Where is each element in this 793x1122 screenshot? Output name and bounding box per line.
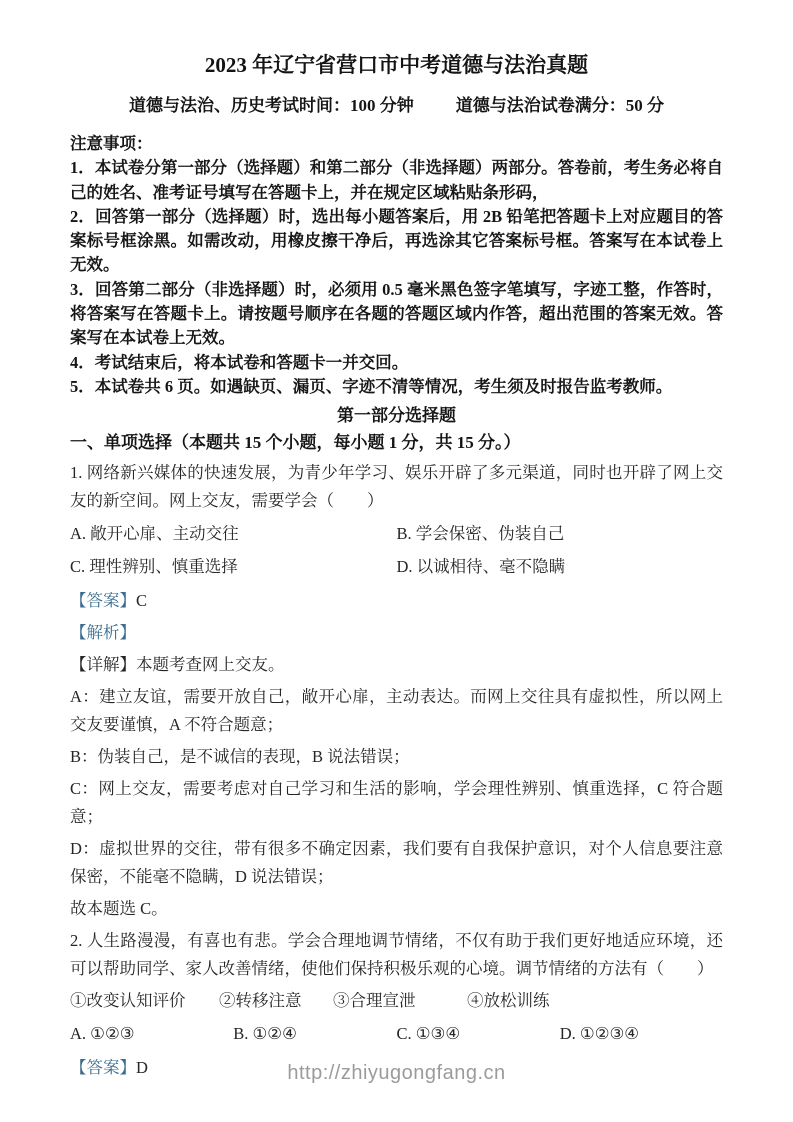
- question-1-detail-line: 【详解】本题考查网上交友。: [70, 651, 723, 679]
- question-1-options-row-cd: C. 理性辨别、慎重选择 D. 以诚相待、毫不隐瞒: [70, 553, 723, 581]
- question-2-methods-row: ①改变认知评价 ②转移注意 ③合理宣泄 ④放松训练: [70, 987, 723, 1015]
- notice-item-1: 1．本试卷分第一部分（选择题）和第二部分（非选择题）两部分。答卷前，考生务必将自…: [70, 156, 723, 205]
- question-1-options-row-ab: A. 敞开心扉、主动交往 B. 学会保密、伪装自己: [70, 520, 723, 548]
- notice-item-4: 4．考试结束后，将本试卷和答题卡一并交回。: [70, 351, 723, 375]
- question-1-analysis-d: D：虚拟世界的交往，带有很多不确定因素，我们要有自我保护意识，对个人信息要注意保…: [70, 835, 723, 891]
- part1-heading: 第一部分选择题: [70, 403, 723, 428]
- question-1-option-b: B. 学会保密、伪装自己: [397, 520, 724, 548]
- question-1-stem: 1. 网络新兴媒体的快速发展，为青少年学习、娱乐开辟了多元渠道，同时也开辟了网上…: [70, 459, 723, 515]
- answer-label: 【答案】: [70, 591, 136, 610]
- question-1-analysis-conclusion: 故本题选 C。: [70, 895, 723, 923]
- question-2-method-2: ②转移注意: [219, 987, 333, 1015]
- question-1-option-d: D. 以诚相待、毫不隐瞒: [397, 553, 724, 581]
- question-2-method-3: ③合理宣泄: [333, 987, 467, 1015]
- question-2-options-row: A. ①②③ B. ①②④ C. ①③④ D. ①②③④: [70, 1020, 723, 1048]
- question-1-analysis-b: B：伪装自己，是不诚信的表现，B 说法错误；: [70, 743, 723, 771]
- question-2-method-1: ①改变认知评价: [70, 987, 219, 1015]
- notice-heading: 注意事项：: [70, 132, 723, 156]
- notice-item-2: 2．回答第一部分（选择题）时，选出每小题答案后，用 2B 铅笔把答题卡上对应题目…: [70, 205, 723, 278]
- question-1-option-c: C. 理性辨别、慎重选择: [70, 553, 397, 581]
- question-1-analysis-c: C：网上交友，需要考虑对自己学习和生活的影响，学会理性辨别、慎重选择，C 符合题…: [70, 775, 723, 831]
- page-title: 2023 年辽宁省营口市中考道德与法治真题: [70, 50, 723, 80]
- watermark-url: http://zhiyugongfang.cn: [0, 1062, 793, 1085]
- question-2-option-c: C. ①③④: [397, 1020, 560, 1048]
- detail-label: 【详解】: [70, 655, 136, 674]
- section1-heading: 一、单项选择（本题共 15 个小题，每小题 1 分，共 15 分。）: [70, 430, 723, 455]
- exam-time-text: 道德与法治、历史考试时间：100 分钟: [129, 96, 414, 115]
- question-2-method-4: ④放松训练: [467, 987, 550, 1015]
- question-1-option-a: A. 敞开心扉、主动交往: [70, 520, 397, 548]
- notice-item-3: 3．回答第二部分（非选择题）时，必须用 0.5 毫米黑色签字笔填写，字迹工整，作…: [70, 278, 723, 351]
- question-1-answer-line: 【答案】C: [70, 587, 723, 615]
- question-1-analysis-a: A：建立友谊，需要开放自己，敞开心扉，主动表达。而网上交往具有虚拟性，所以网上交…: [70, 683, 723, 739]
- question-1-detail-intro: 本题考查网上交友。: [136, 655, 285, 674]
- question-2-stem: 2. 人生路漫漫，有喜也有悲。学会合理地调节情绪，不仅有助于我们更好地适应环境，…: [70, 927, 723, 983]
- question-2-option-d: D. ①②③④: [560, 1020, 723, 1048]
- exam-document-page: 2023 年辽宁省营口市中考道德与法治真题 道德与法治、历史考试时间：100 分…: [0, 0, 793, 1122]
- exam-info-line: 道德与法治、历史考试时间：100 分钟道德与法治试卷满分：50 分: [70, 94, 723, 118]
- question-2-option-a: A. ①②③: [70, 1020, 233, 1048]
- notice-section: 注意事项： 1．本试卷分第一部分（选择题）和第二部分（非选择题）两部分。答卷前，…: [70, 132, 723, 399]
- question-1-analysis-label-line: 【解析】: [70, 619, 723, 647]
- analysis-label: 【解析】: [70, 623, 136, 642]
- exam-score-text: 道德与法治试卷满分：50 分: [456, 96, 664, 115]
- question-1-answer-value: C: [136, 591, 147, 610]
- notice-item-5: 5．本试卷共 6 页。如遇缺页、漏页、字迹不清等情况，考生须及时报告监考教师。: [70, 375, 723, 399]
- question-2-option-b: B. ①②④: [233, 1020, 396, 1048]
